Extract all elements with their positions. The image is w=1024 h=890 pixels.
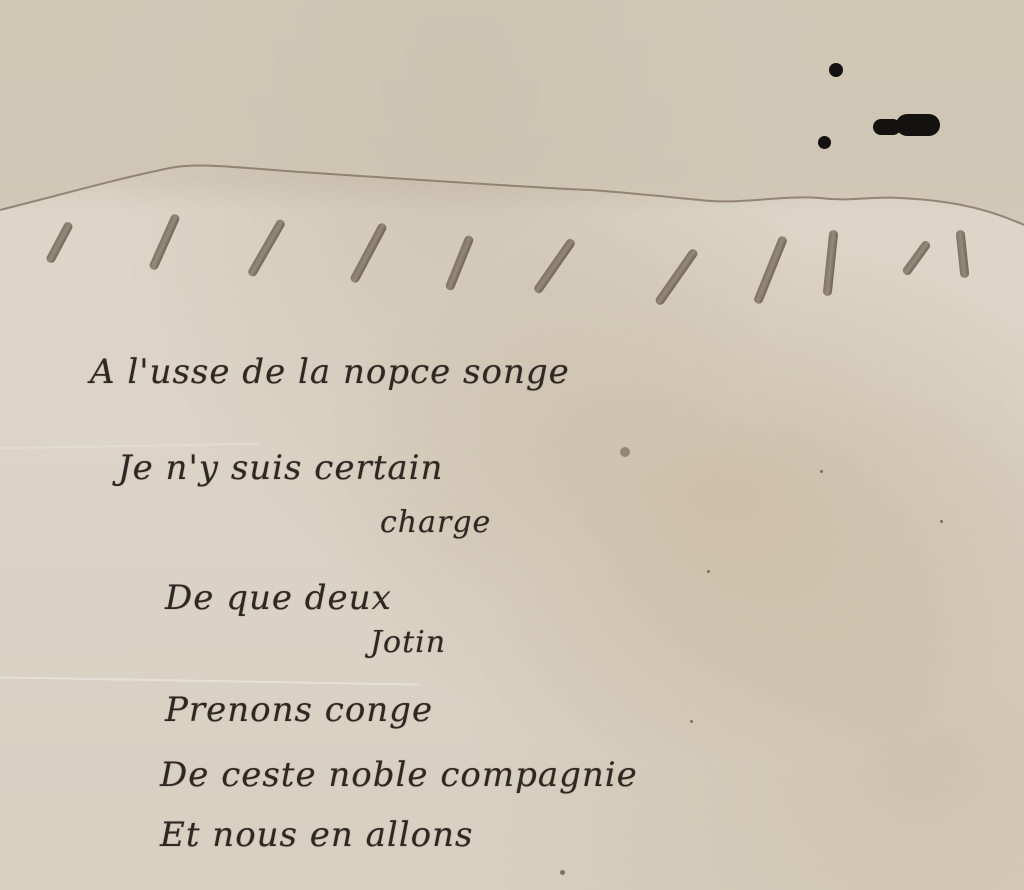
speck — [690, 720, 693, 723]
manuscript-line: De ceste noble compagnie — [160, 755, 638, 795]
tally-mark — [654, 247, 699, 306]
tally-mark — [148, 213, 181, 271]
tally-mark — [901, 239, 932, 277]
manuscript-line: Et nous en allons — [160, 815, 473, 855]
tally-mark — [532, 237, 576, 295]
manuscript-line: Je n'y suis certain — [118, 448, 443, 488]
speck — [560, 870, 565, 875]
tally-mark — [247, 218, 287, 278]
tally-mark — [753, 235, 788, 305]
tally-mark — [444, 234, 474, 291]
tally-mark — [349, 222, 388, 284]
tally-marks — [0, 200, 1024, 320]
manuscript-line: De que deux — [165, 578, 392, 618]
speck — [620, 447, 630, 457]
tally-mark — [956, 230, 970, 279]
speck — [820, 470, 823, 473]
tally-mark — [823, 230, 839, 297]
manuscript-line: A l'usse de la nopce songe — [90, 352, 570, 392]
speck — [940, 520, 943, 523]
speck — [707, 570, 710, 573]
upper-leaf-edge — [0, 0, 1024, 230]
ink-blot — [829, 63, 843, 77]
manuscript-line: Jotin — [370, 625, 446, 660]
tally-mark — [45, 221, 74, 265]
ink-blot — [896, 114, 940, 136]
ink-blot — [818, 136, 831, 149]
manuscript-line: charge — [380, 505, 491, 540]
manuscript-line: Prenons conge — [165, 690, 433, 730]
